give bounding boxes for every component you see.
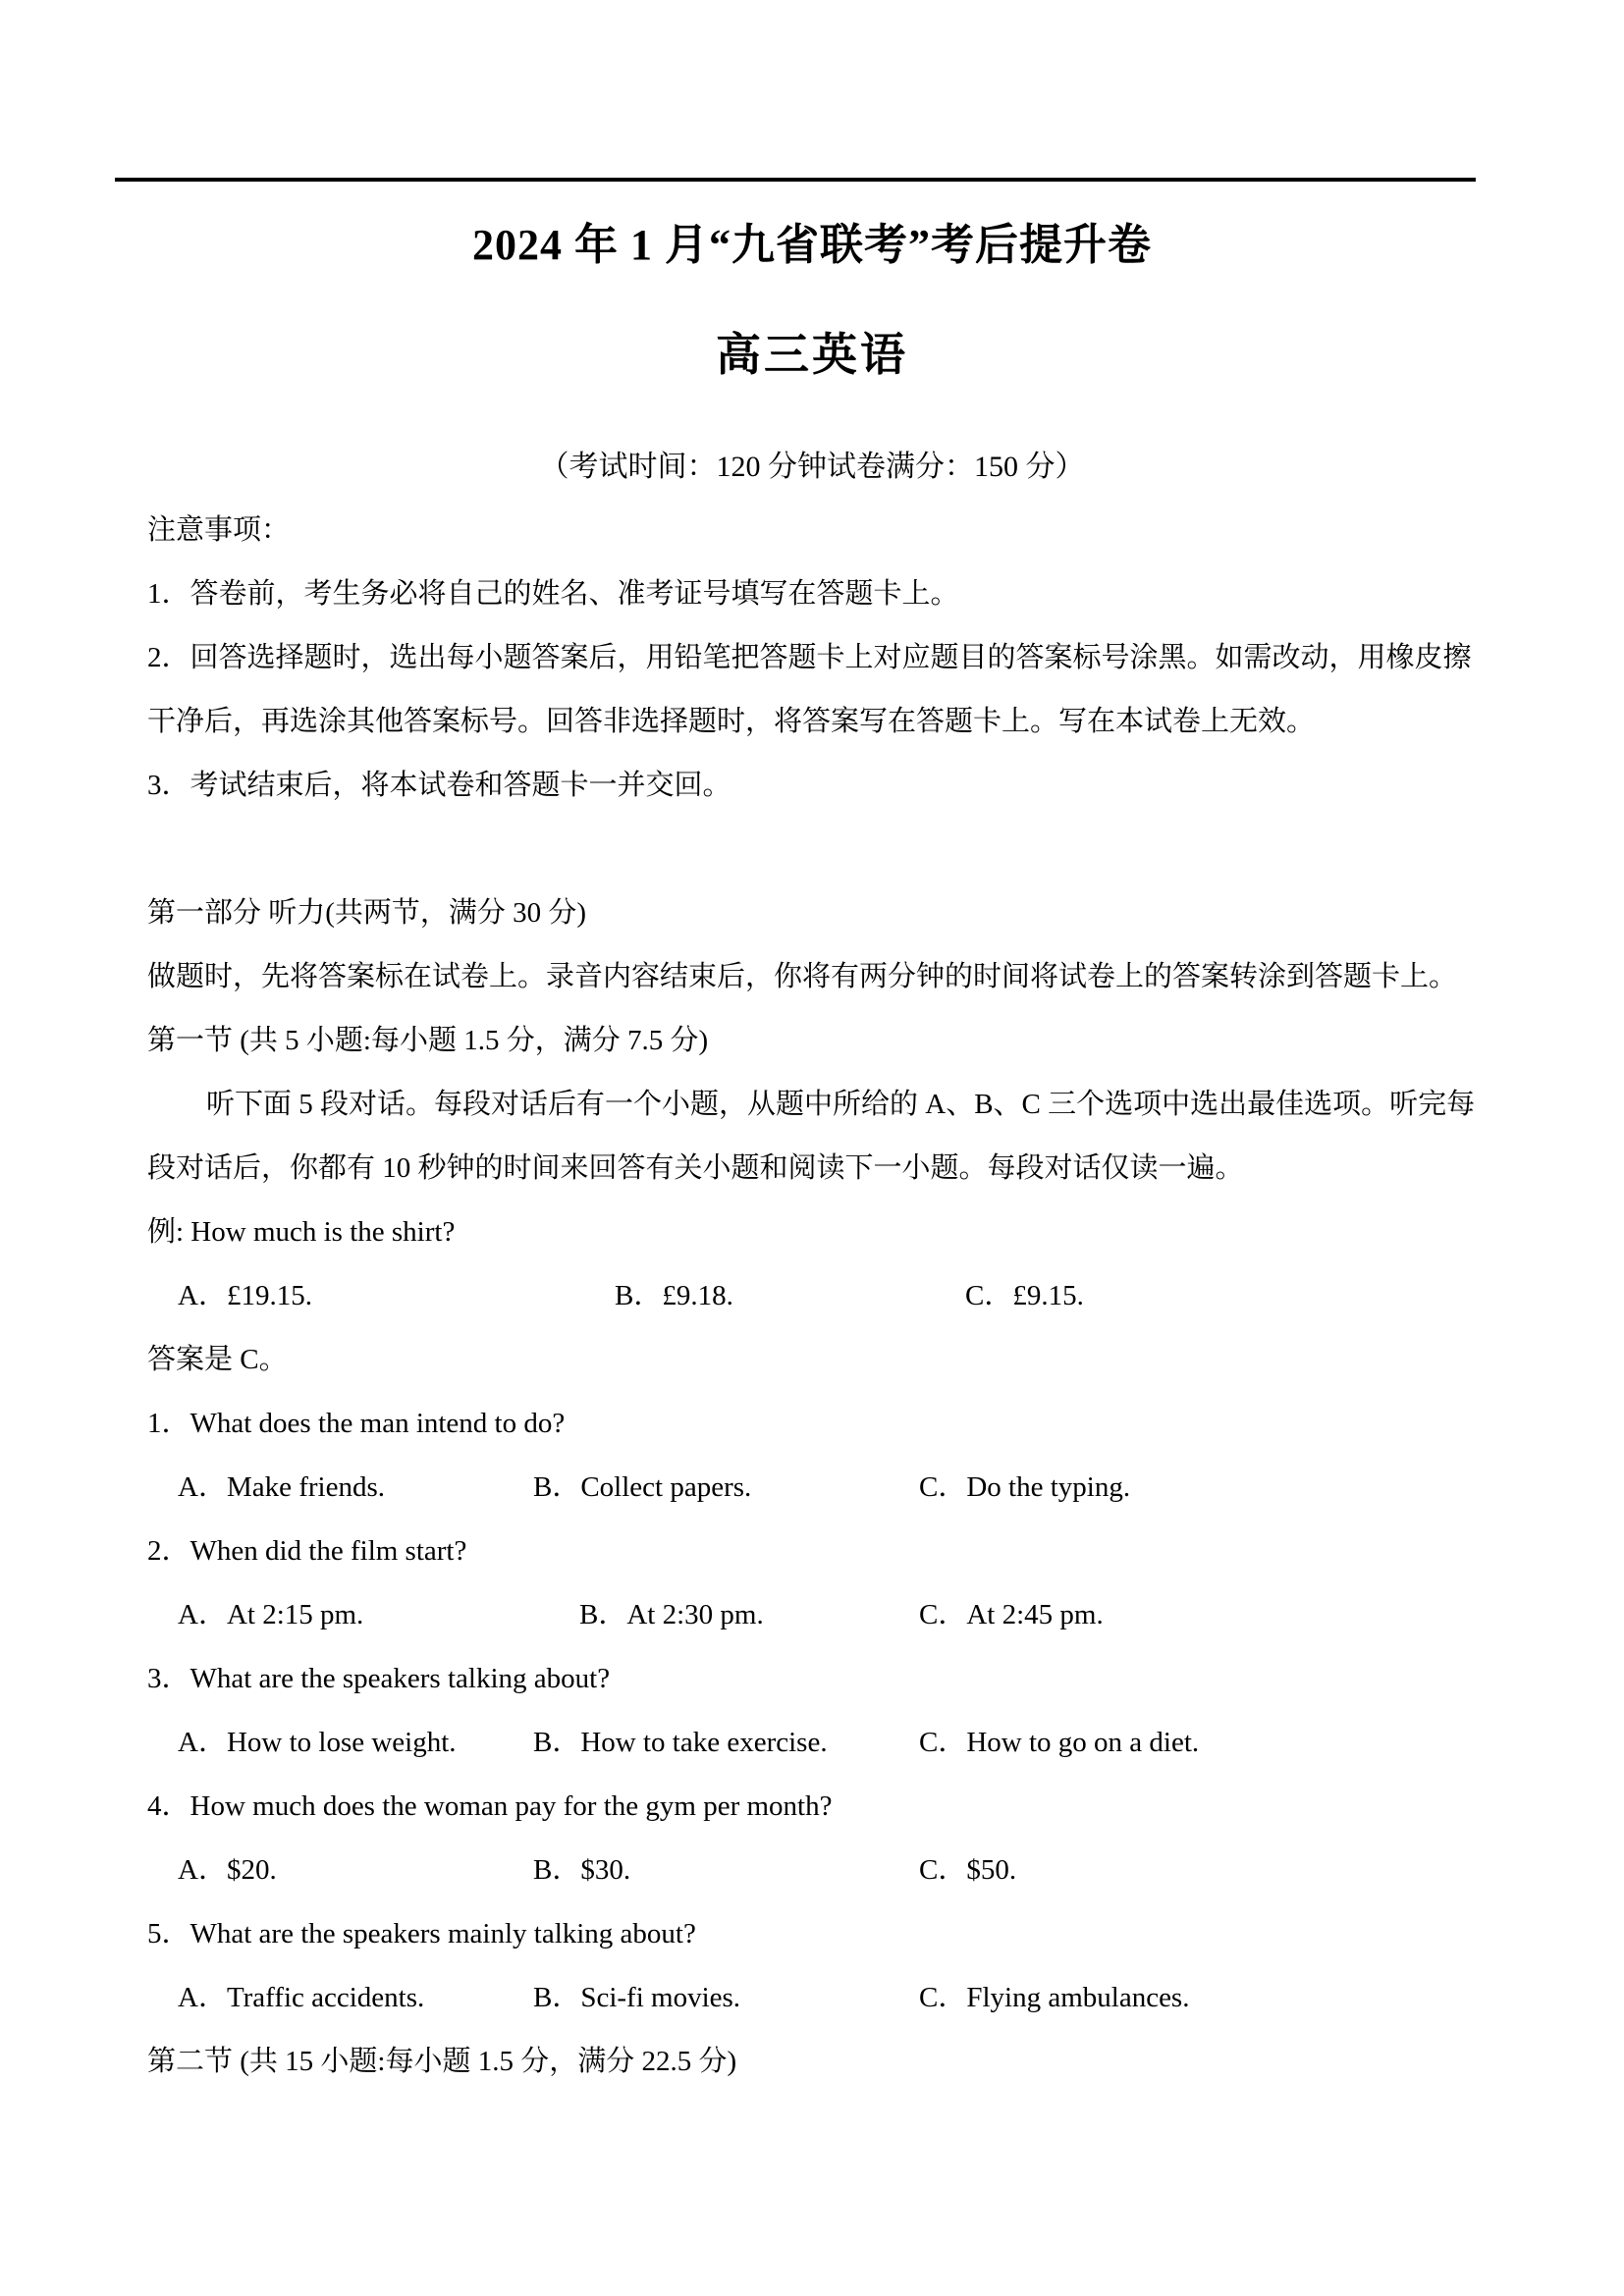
example-option-c: C．£9.15. <box>965 1278 1084 1313</box>
part1-heading: 第一部分 听力(共两节，满分 30 分) <box>147 895 586 931</box>
example-question: 例: How much is the shirt? <box>147 1214 455 1250</box>
question-2: 2．When did the film start? <box>147 1533 466 1569</box>
section1-instruction-line-2: 段对话后，你都有 10 秒钟的时间来回答有关小题和阅读下一小题。每段对话仅读一遍… <box>147 1150 1244 1186</box>
question-4-option-c: C．$50. <box>919 1852 1016 1888</box>
question-4: 4．How much does the woman pay for the gy… <box>147 1789 832 1824</box>
notice-heading: 注意事项： <box>147 512 290 548</box>
question-1-option-a: A．Make friends. <box>178 1469 385 1505</box>
question-4-option-b: B．$30. <box>533 1852 630 1888</box>
question-2-option-a: A．At 2:15 pm. <box>178 1597 363 1632</box>
section2-heading: 第二节 (共 15 小题:每小题 1.5 分，满分 22.5 分) <box>147 2044 736 2079</box>
question-3-option-c: C．How to go on a diet. <box>919 1725 1199 1760</box>
exam-title: 2024 年 1 月“九省联考”考后提升卷 <box>0 209 1624 272</box>
part1-description: 做题时，先将答案标在试卷上。录音内容结束后，你将有两分钟的时间将试卷上的答案转涂… <box>147 959 1457 994</box>
example-option-a: A．£19.15. <box>178 1278 312 1313</box>
question-3-option-b: B．How to take exercise. <box>533 1725 828 1760</box>
question-1-option-c: C．Do the typing. <box>919 1469 1130 1505</box>
section1-instruction-line-1: 听下面 5 段对话。每段对话后有一个小题，从题中所给的 A、B、C 三个选项中选… <box>206 1087 1475 1122</box>
notice-item-3: 3．考试结束后，将本试卷和答题卡一并交回。 <box>147 768 731 803</box>
question-4-options-row: A．$20. B．$30. C．$50. <box>0 1852 1624 1892</box>
question-5-option-c: C．Flying ambulances. <box>919 1980 1189 2015</box>
notice-item-1: 1．答卷前，考生务必将自己的姓名、准考证号填写在答题卡上。 <box>147 576 959 612</box>
question-1: 1．What does the man intend to do? <box>147 1406 565 1441</box>
notice-item-2-line-1: 2．回答选择题时，选出每小题答案后，用铅笔把答题卡上对应题目的答案标号涂黑。如需… <box>147 640 1472 675</box>
question-3: 3．What are the speakers talking about? <box>147 1661 610 1696</box>
section1-heading: 第一节 (共 5 小题:每小题 1.5 分，满分 7.5 分) <box>147 1023 708 1058</box>
example-answer: 答案是 C。 <box>147 1342 288 1377</box>
exam-subtitle: 高三英语 <box>0 319 1624 384</box>
question-2-option-b: B．At 2:30 pm. <box>579 1597 764 1632</box>
exam-paper-page: 2024 年 1 月“九省联考”考后提升卷 高三英语 （考试时间：120 分钟试… <box>0 0 1624 2296</box>
question-5-options-row: A．Traffic accidents. B．Sci-fi movies. C．… <box>0 1980 1624 2019</box>
notice-item-2-line-2: 干净后，再选涂其他答案标号。回答非选择题时，将答案写在答题卡上。写在本试卷上无效… <box>147 704 1315 739</box>
question-3-option-a: A．How to lose weight. <box>178 1725 457 1760</box>
question-2-options-row: A．At 2:15 pm. B．At 2:30 pm. C．At 2:45 pm… <box>0 1597 1624 1636</box>
question-5-option-a: A．Traffic accidents. <box>178 1980 424 2015</box>
question-1-option-b: B．Collect papers. <box>533 1469 751 1505</box>
question-2-option-c: C．At 2:45 pm. <box>919 1597 1104 1632</box>
header-rule <box>115 178 1476 182</box>
exam-meta: （考试时间：120 分钟试卷满分：150 分） <box>0 442 1624 485</box>
question-1-options-row: A．Make friends. B．Collect papers. C．Do t… <box>0 1469 1624 1509</box>
question-5-option-b: B．Sci-fi movies. <box>533 1980 740 2015</box>
example-option-b: B．£9.18. <box>615 1278 733 1313</box>
question-4-option-a: A．$20. <box>178 1852 277 1888</box>
question-5: 5．What are the speakers mainly talking a… <box>147 1916 696 1951</box>
example-options-row: A．£19.15. B．£9.18. C．£9.15. <box>0 1278 1624 1317</box>
question-3-options-row: A．How to lose weight. B．How to take exer… <box>0 1725 1624 1764</box>
